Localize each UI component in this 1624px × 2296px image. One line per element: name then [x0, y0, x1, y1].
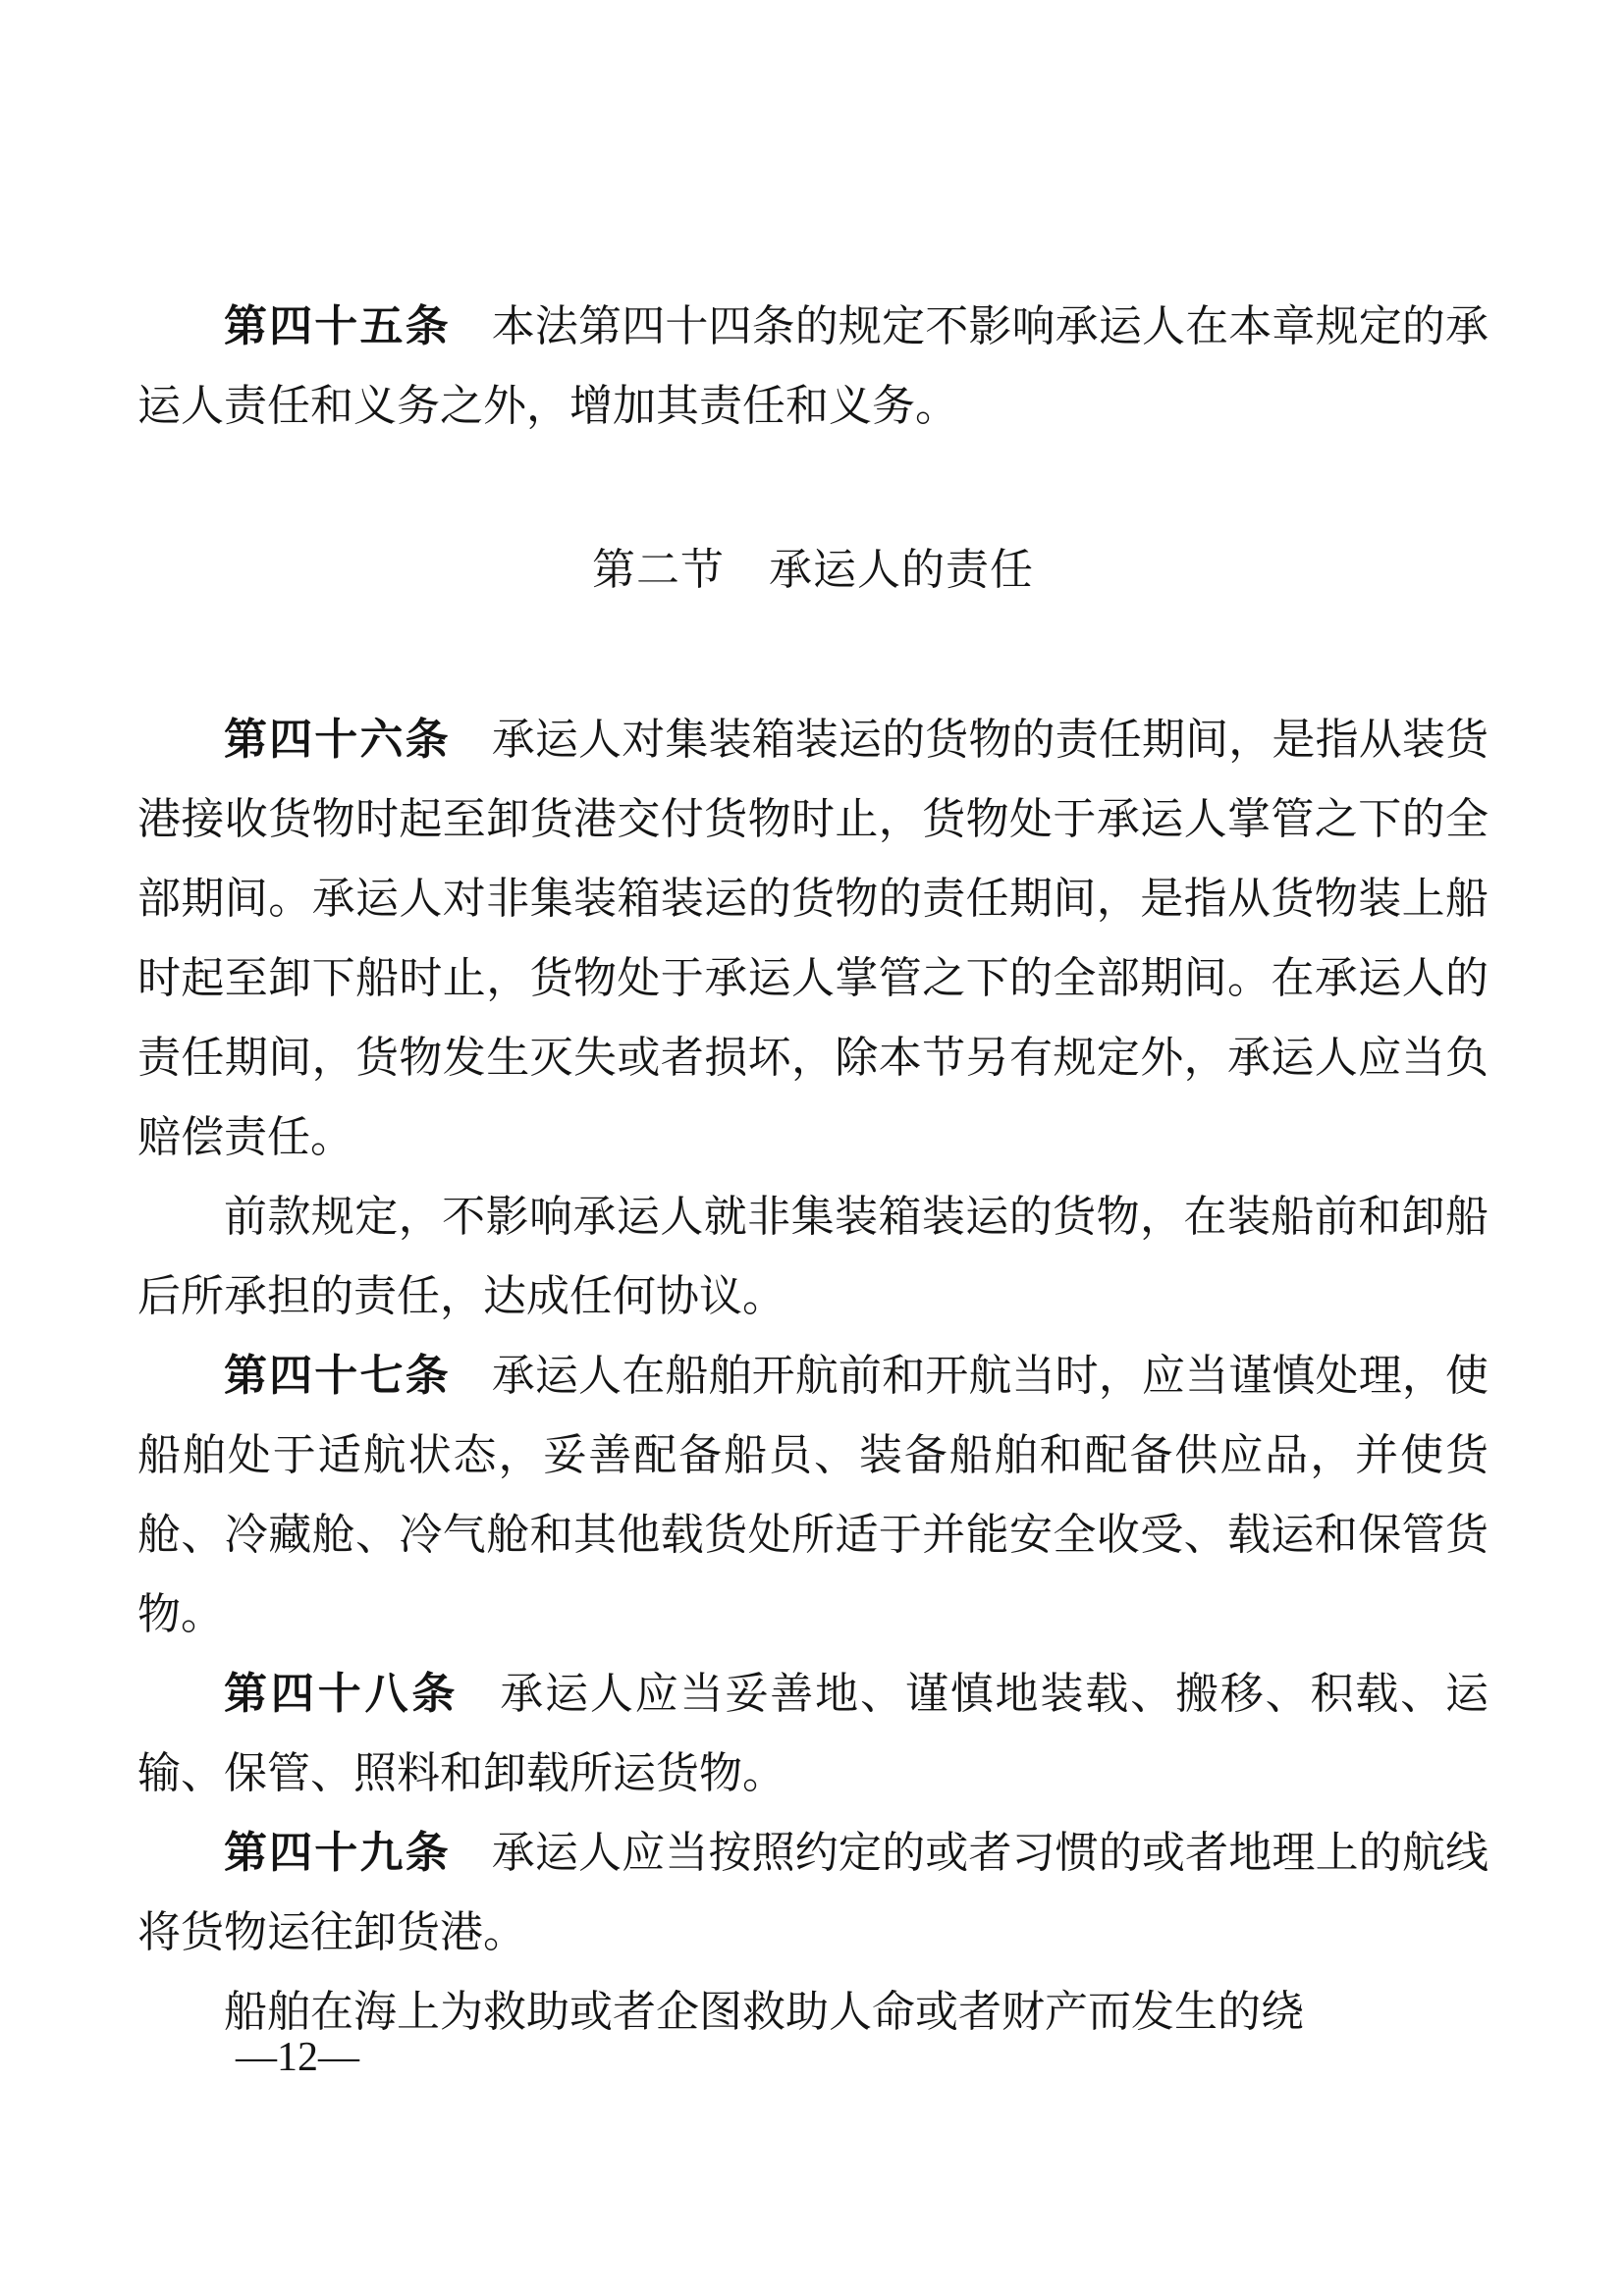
- article-45-number: 第四十五条: [224, 302, 451, 350]
- article-48-paragraph: 第四十八条承运人应当妥善地、谨慎地装载、搬移、积载、运输、保管、照料和卸载所运货…: [137, 1654, 1489, 1813]
- article-49-number: 第四十九条: [224, 1829, 451, 1877]
- article-46-text: 承运人对集装箱装运的货物的责任期间，是指从装货港接收货物时起至卸货港交付货物时止…: [137, 716, 1489, 1161]
- article-47-number: 第四十七条: [224, 1352, 451, 1400]
- article-46-number: 第四十六条: [224, 716, 451, 764]
- article-46-second-paragraph: 前款规定，不影响承运人就非集装箱装运的货物，在装船前和卸船后所承担的责任，达成任…: [137, 1177, 1489, 1336]
- article-49-second-paragraph-text: 船舶在海上为救助或者企图救助人命或者财产而发生的绕: [224, 1988, 1304, 2036]
- section-2-heading: 第二节 承运人的责任: [137, 530, 1489, 610]
- document-body: 第四十五条本法第四十四条的规定不影响承运人在本章规定的承运人责任和义务之外，增加…: [137, 287, 1489, 2052]
- article-47-paragraph: 第四十七条承运人在船舶开航前和开航当时，应当谨慎处理，使船舶处于适航状态，妥善配…: [137, 1336, 1489, 1654]
- document-page: 第四十五条本法第四十四条的规定不影响承运人在本章规定的承运人责任和义务之外，增加…: [0, 0, 1624, 2296]
- article-45-paragraph: 第四十五条本法第四十四条的规定不影响承运人在本章规定的承运人责任和义务之外，增加…: [137, 287, 1489, 446]
- article-46-paragraph: 第四十六条承运人对集装箱装运的货物的责任期间，是指从装货港接收货物时起至卸货港交…: [137, 700, 1489, 1177]
- article-46-second-paragraph-text: 前款规定，不影响承运人就非集装箱装运的货物，在装船前和卸船后所承担的责任，达成任…: [137, 1193, 1489, 1320]
- article-48-number: 第四十八条: [224, 1670, 459, 1718]
- article-49-paragraph: 第四十九条承运人应当按照约定的或者习惯的或者地理上的航线将货物运往卸货港。: [137, 1813, 1489, 1972]
- page-number: —12—: [236, 2034, 359, 2081]
